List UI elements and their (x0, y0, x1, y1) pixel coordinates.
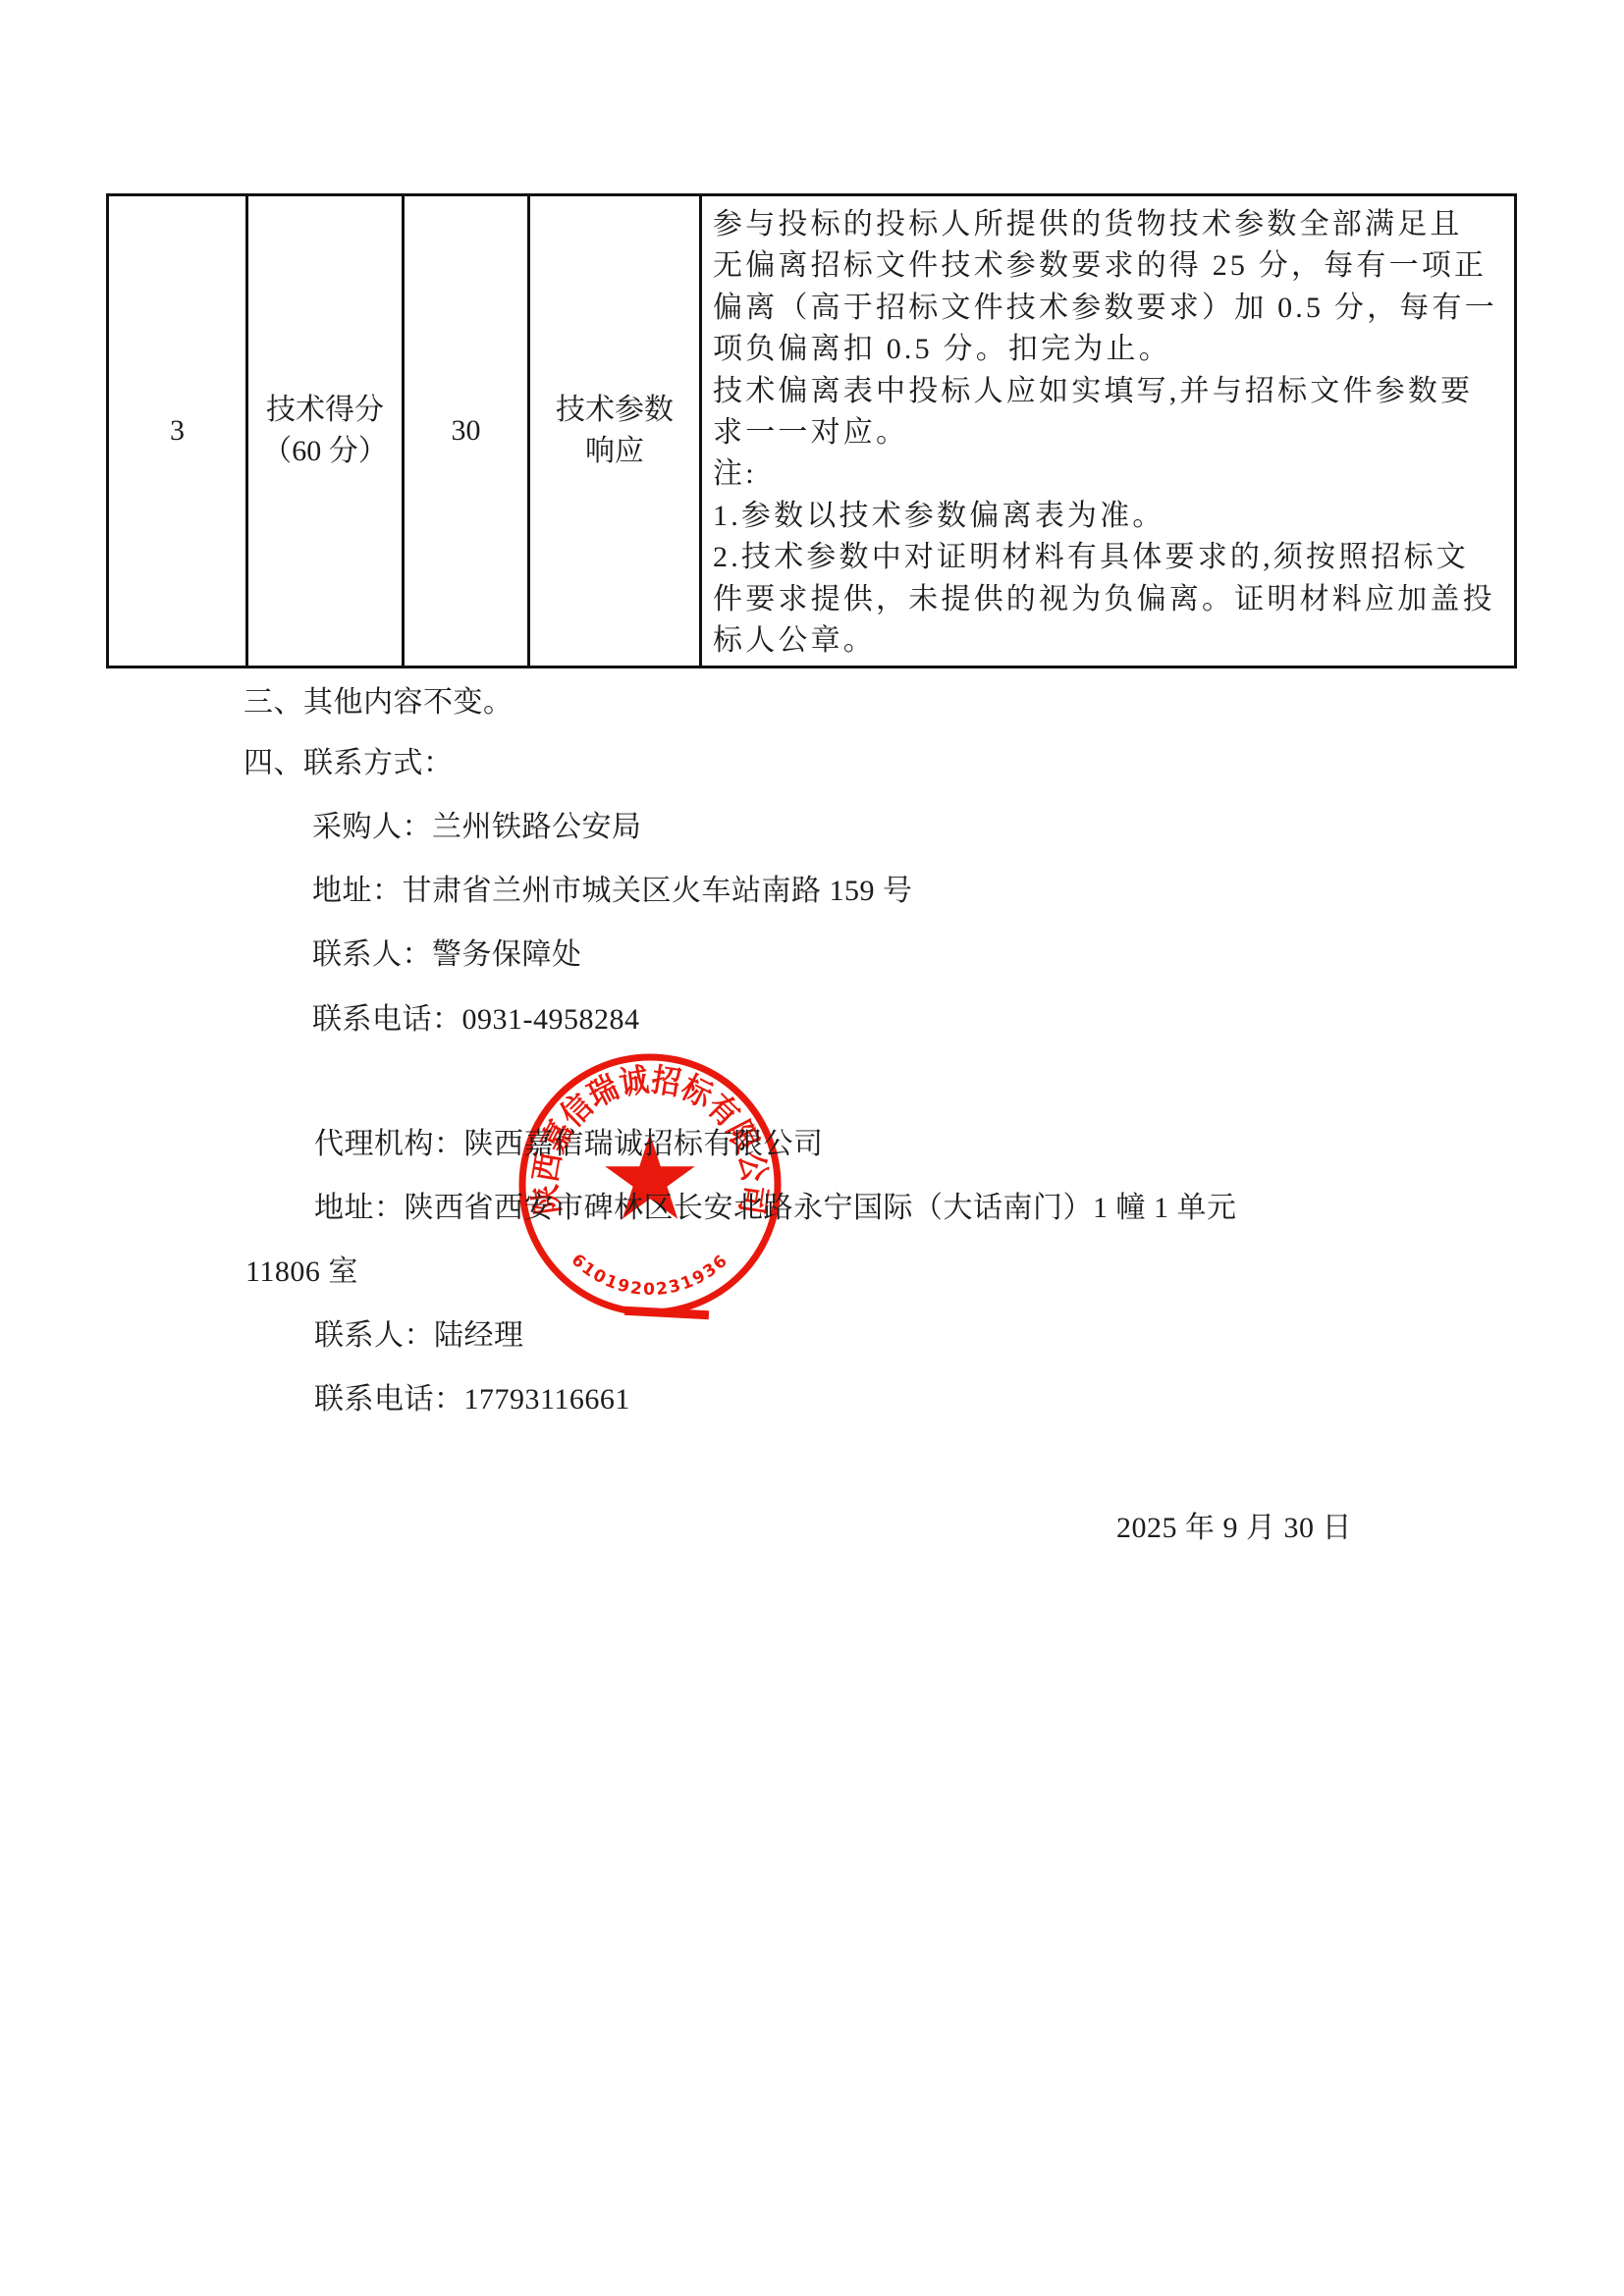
text-line: 标人公章。 (713, 620, 1506, 662)
document-date: 2025 年 9 月 30 日 (1116, 1510, 1352, 1547)
document-page: 3 技术得分（60 分） 30 技术参数响应 参与投标的投标人所提供的货物技术参… (0, 0, 1624, 2296)
text-line: 参与投标的投标人所提供的货物技术参数全部满足且 (713, 204, 1506, 245)
text-line: 技术参数 (556, 390, 674, 431)
text-line: 项负偏离扣 0.5 分。扣完为止。 (713, 329, 1506, 370)
section-3-heading: 三、其他内容不变。 (244, 684, 514, 721)
agency-phone: 联系电话：17793116661 (314, 1381, 630, 1418)
official-seal: 陕西嘉信瑞诚招标有限公司 6101920231936 (513, 1047, 787, 1322)
table-cell-item: 技术得分（60 分） (248, 196, 405, 666)
text-line: 2.技术参数中对证明材料有具体要求的,须按照招标文 (713, 537, 1506, 578)
score-table: 3 技术得分（60 分） 30 技术参数响应 参与投标的投标人所提供的货物技术参… (106, 193, 1517, 668)
text-line: 件要求提供，未提供的视为负偏离。证明材料应加盖投 (713, 579, 1506, 620)
agency-address-line2: 11806 室 (245, 1254, 358, 1291)
text-line: 偏离（高于招标文件技术参数要求）加 0.5 分，每有一 (713, 288, 1506, 329)
text-line: 技术得分 (266, 390, 384, 431)
seal-number-text: 6101920231936 (568, 1251, 732, 1300)
text-line: 注: (713, 454, 1506, 495)
agency-contact: 联系人：陆经理 (314, 1317, 524, 1355)
text-line: 求一一对应。 (713, 412, 1506, 454)
text-line: 1.参数以技术参数偏离表为准。 (713, 496, 1506, 537)
weight-value: 30 (452, 410, 481, 452)
table-cell-weight: 30 (405, 196, 530, 666)
text-line: 技术偏离表中投标人应如实填写,并与招标文件参数要 (713, 371, 1506, 412)
agency-address-line1: 地址：陕西省西安市碑林区长安北路永宁国际（大话南门）1 幢 1 单元 (314, 1190, 1237, 1227)
table-cell-description: 参与投标的投标人所提供的货物技术参数全部满足且无偏离招标文件技术参数要求的得 2… (702, 196, 1514, 666)
agency-name: 代理机构：陕西嘉信瑞诚招标有限公司 (314, 1126, 824, 1163)
row-no-value: 3 (170, 410, 185, 452)
text-line: 响应 (585, 431, 644, 472)
text-line: （60 分） (262, 431, 388, 472)
text-line: 无偏离招标文件技术参数要求的得 25 分，每有一项正 (713, 245, 1506, 287)
purchaser-contact: 联系人：警务保障处 (312, 936, 582, 974)
purchaser-phone: 联系电话：0931-4958284 (312, 1001, 640, 1039)
purchaser-address: 地址：甘肃省兰州市城关区火车站南路 159 号 (312, 873, 913, 910)
section-4-heading: 四、联系方式： (244, 745, 454, 782)
table-cell-row-no: 3 (109, 196, 248, 666)
table-cell-criteria: 技术参数响应 (530, 196, 702, 666)
purchaser-name: 采购人：兰州铁路公安局 (312, 809, 642, 846)
